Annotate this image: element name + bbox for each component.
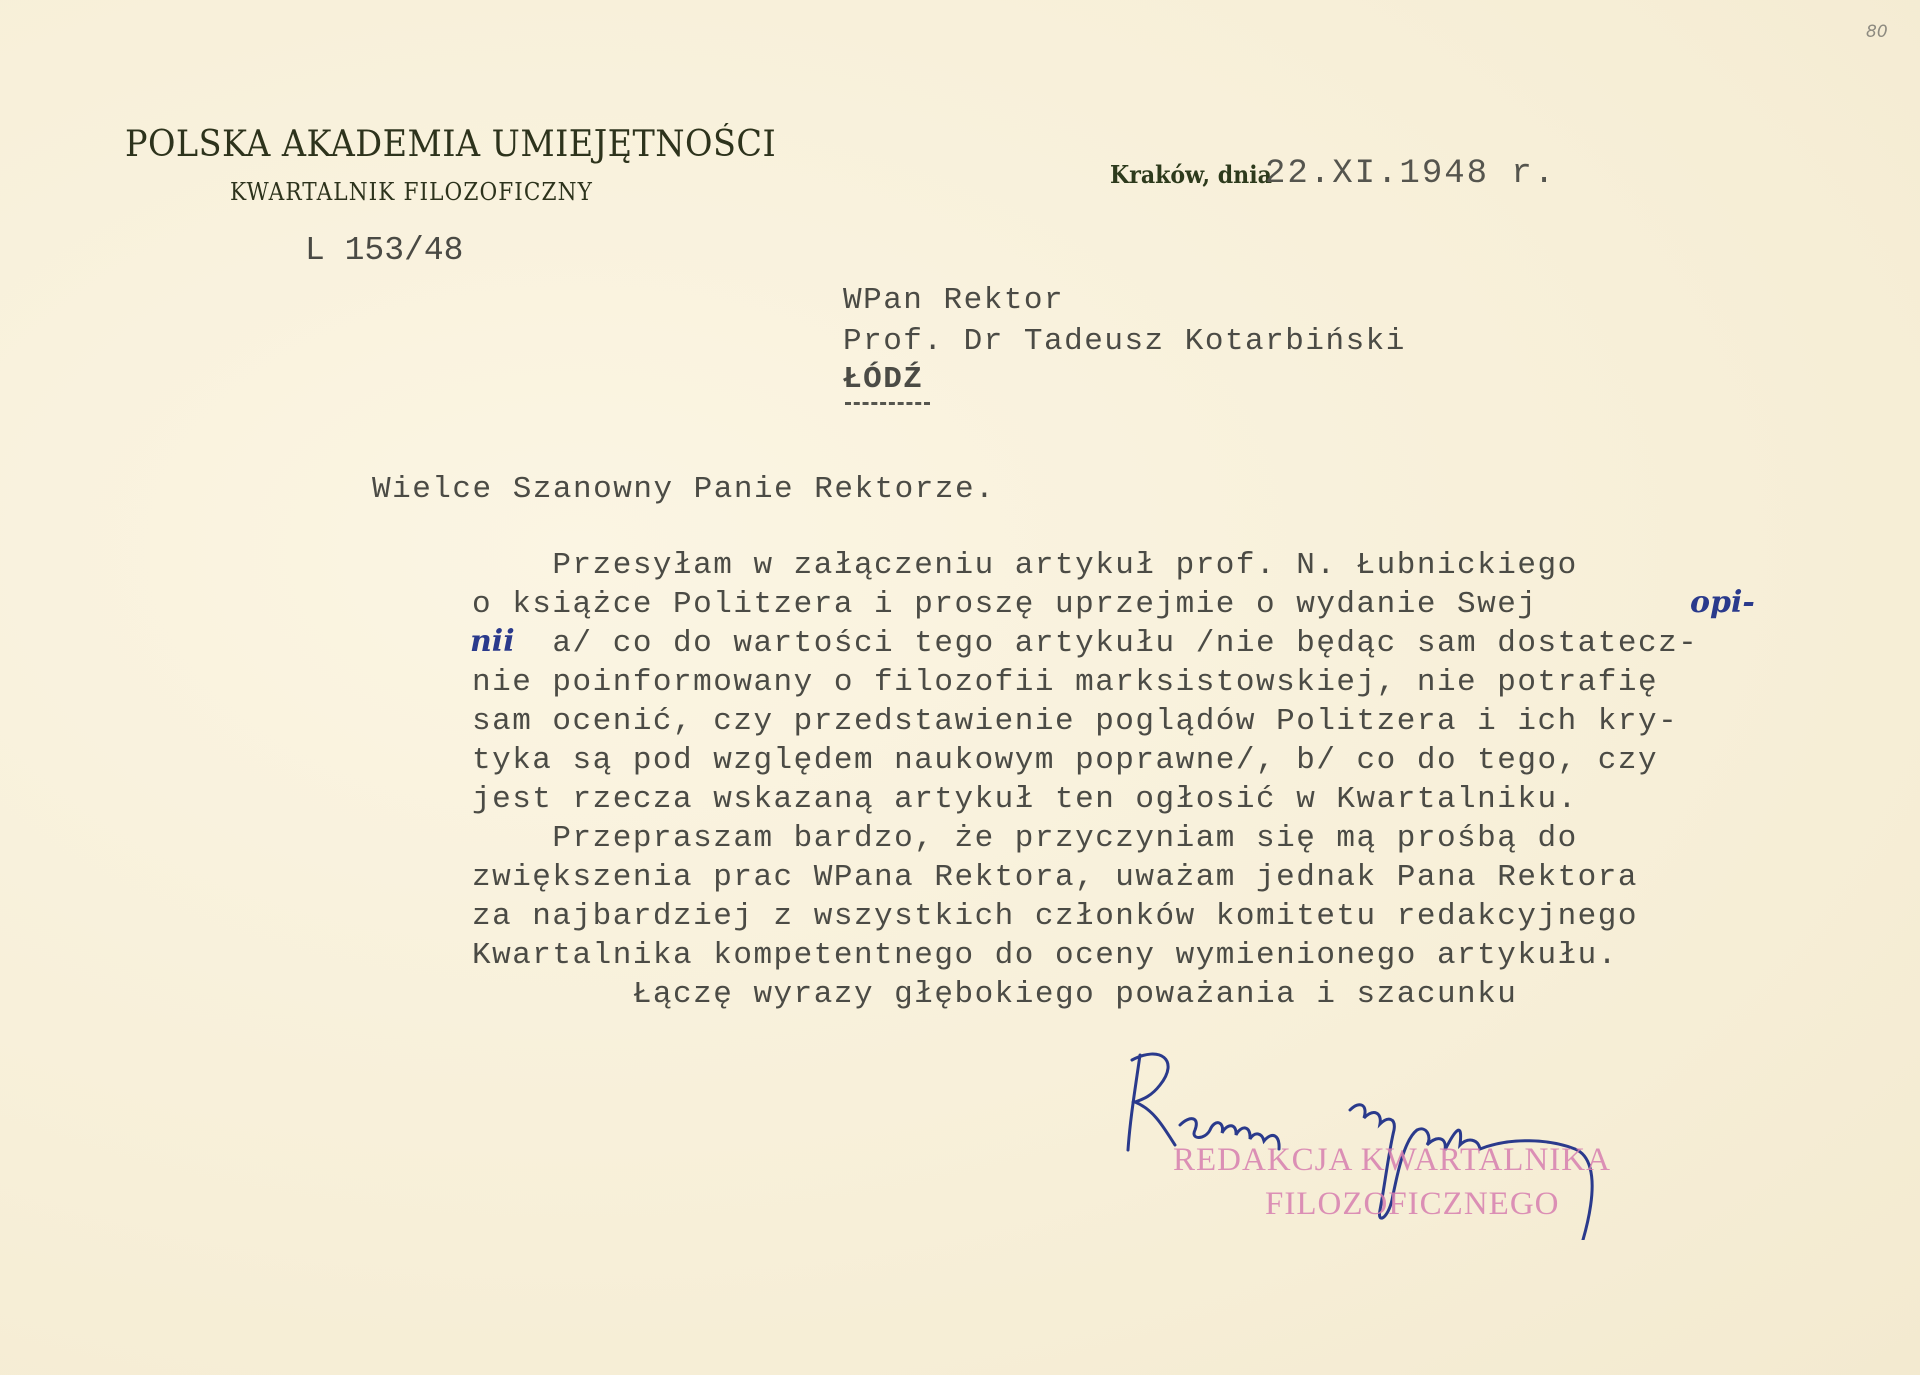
reference-number: L 153/48: [305, 232, 463, 269]
body-line: Łączę wyrazy głębokiego poważania i szac…: [472, 977, 1517, 1012]
body-line: o książce Politzera i proszę uprzejmie o…: [472, 587, 1558, 622]
salutation: Wielce Szanowny Panie Rektorze.: [372, 472, 995, 507]
body-line: Kwartalnika kompetentnego do oceny wymie…: [472, 938, 1618, 973]
page-number: 80: [1866, 22, 1888, 42]
body-line: zwiększenia prac WPana Rektora, uważam j…: [472, 860, 1638, 895]
city-underline: [845, 402, 930, 405]
handwritten-correction: nii: [470, 624, 515, 659]
body-line: nie poinformowany o filozofii marksistow…: [472, 665, 1658, 700]
body-line: jest rzecza wskazaną artykuł ten ogłosić…: [472, 782, 1578, 817]
stamp-line2: FILOZOFICZNEGO: [1265, 1186, 1559, 1223]
body-line: Przesyłam w załączeniu artykuł prof. N. …: [472, 548, 1578, 583]
body-line: sam ocenić, czy przedstawienie poglądów …: [472, 704, 1678, 739]
body-line: a/ co do wartości tego artykułu /nie będ…: [472, 626, 1698, 661]
dateline-date: 22.XI.1948 r.: [1265, 155, 1556, 193]
recipient-city: ŁÓDŹ: [843, 362, 923, 397]
recipient-line1: WPan Rektor: [843, 283, 1064, 318]
letterhead-institution: POLSKA AKADEMIA UMIEJĘTNOŚCI: [125, 124, 776, 165]
stamp-line1: REDAKCJA KWARTALNIKA: [1173, 1142, 1611, 1179]
body-line: Przepraszam bardzo, że przyczyniam się m…: [472, 821, 1578, 856]
body-line: tyka są pod względem naukowym poprawne/,…: [472, 743, 1658, 778]
recipient-line2: Prof. Dr Tadeusz Kotarbiński: [843, 324, 1406, 359]
dateline-place: Kraków, dnia: [1110, 160, 1272, 189]
body-line: za najbardziej z wszystkich członków kom…: [472, 899, 1638, 934]
handwritten-correction: opi-: [1690, 585, 1755, 620]
letterhead-journal: KWARTALNIK FILOZOFICZNY: [230, 178, 593, 206]
